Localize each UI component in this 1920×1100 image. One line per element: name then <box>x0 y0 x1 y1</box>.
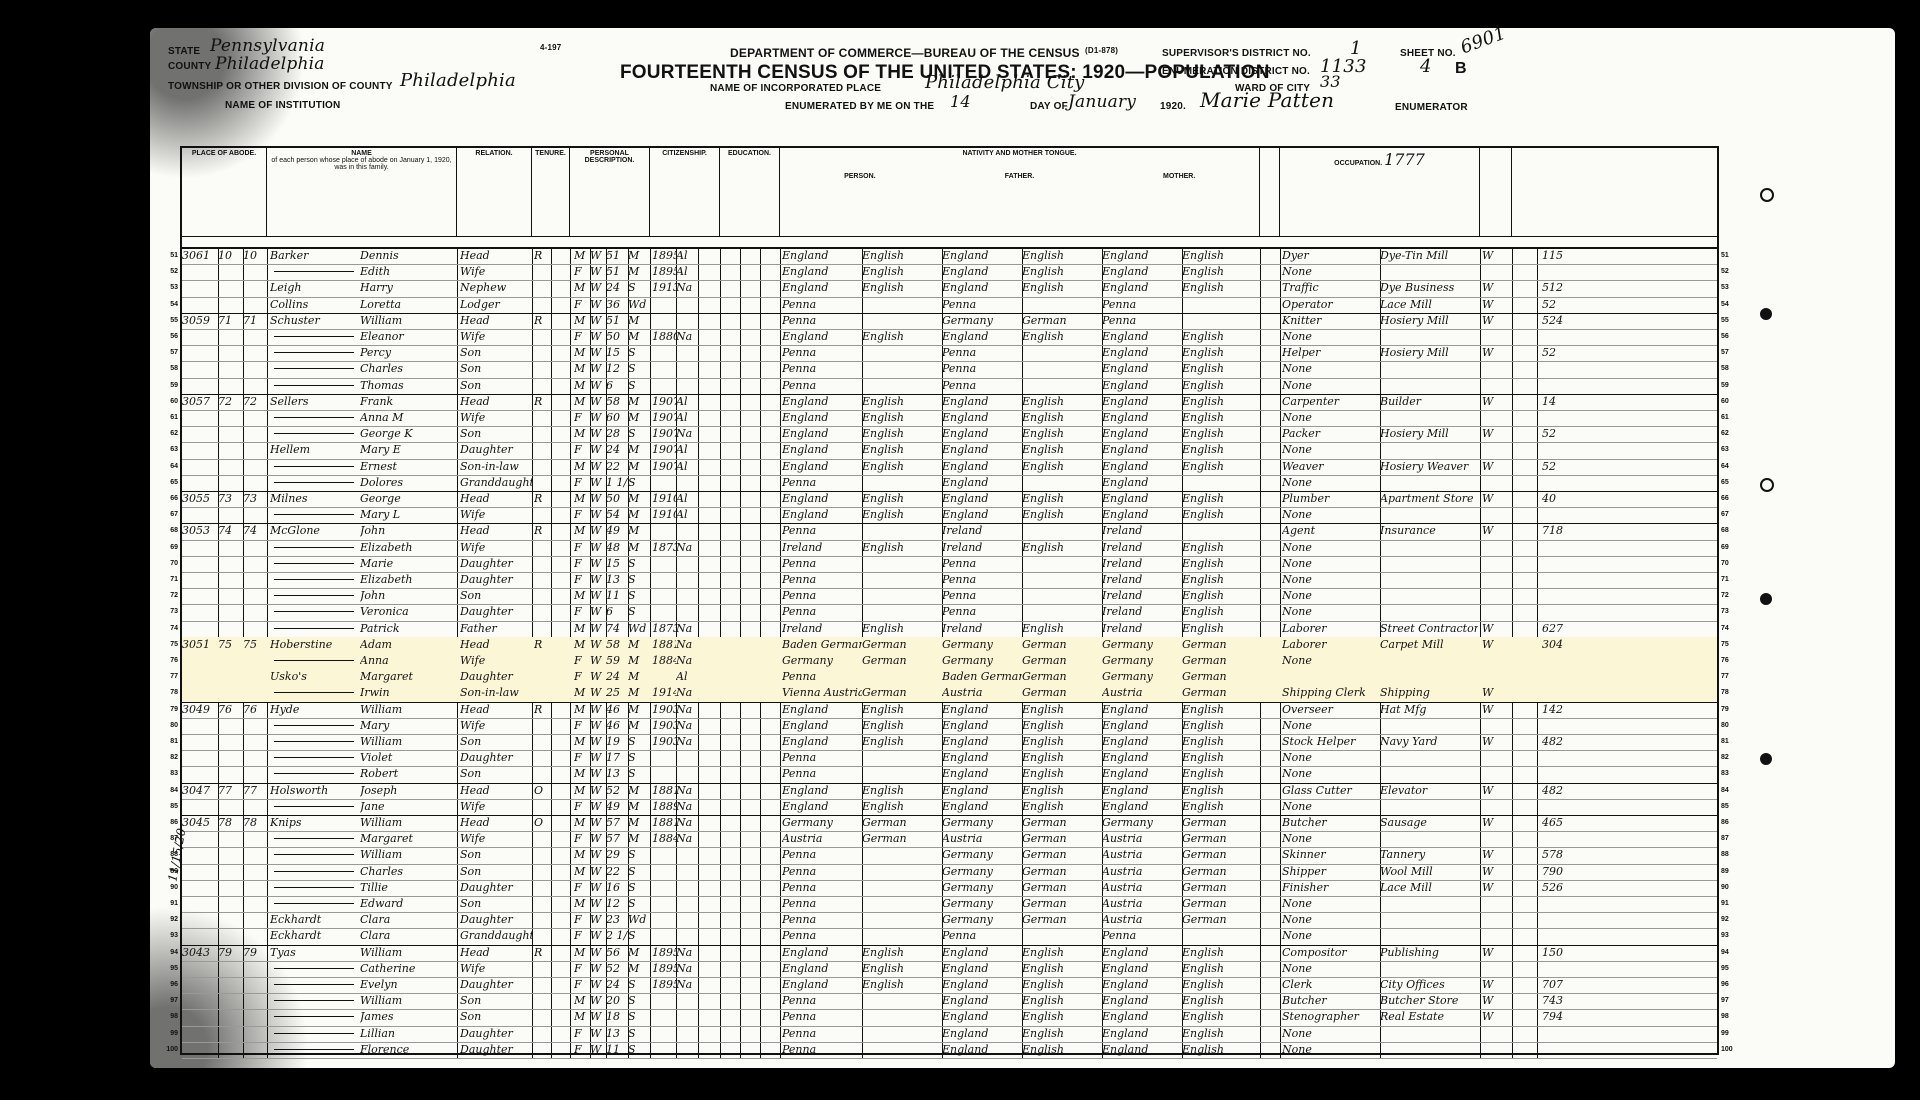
cell-rel: Head <box>460 945 532 961</box>
cell-mt: English <box>862 459 942 475</box>
cell-race: W <box>590 718 606 734</box>
cell-occ: Carpenter <box>1282 394 1377 410</box>
cell-mpob: Austria <box>1102 880 1182 896</box>
cell-nat <box>676 864 698 880</box>
cell-given: Dolores <box>360 475 457 491</box>
cell-fpob: England <box>942 750 1022 766</box>
cell-imm <box>652 523 676 539</box>
cell-fam <box>243 588 267 604</box>
ward-label: WARD OF CITY <box>1235 83 1310 94</box>
cell-mt: English <box>862 394 942 410</box>
cell-occ: None <box>1282 912 1377 928</box>
cell-cls: W <box>1482 945 1510 961</box>
cell-nat <box>676 604 698 620</box>
cell-fam <box>243 475 267 491</box>
cell-mmt: German <box>1182 864 1260 880</box>
cell-occ: Agent <box>1282 523 1377 539</box>
line-number-right: 72 <box>1721 588 1739 604</box>
line-number-right: 80 <box>1721 718 1739 734</box>
cell-ind <box>1380 329 1478 345</box>
county-value: Philadelphia <box>215 54 325 74</box>
line-number-right: 76 <box>1721 653 1739 669</box>
cell-sex: M <box>574 945 590 961</box>
cell-sex: M <box>574 734 590 750</box>
cell-race: W <box>590 864 606 880</box>
cell-surname: Hyde <box>270 702 360 718</box>
ditto-mark <box>274 368 354 370</box>
cell-age: 12 <box>606 896 628 912</box>
cell-rel: Wife <box>460 718 532 734</box>
cell-mpob: Ireland <box>1102 540 1182 556</box>
cell-mpob: Penna <box>1102 928 1182 944</box>
cell-nat <box>676 556 698 572</box>
cell-race: W <box>590 1026 606 1042</box>
col-education: EDUCATION. <box>720 148 780 236</box>
cell-mt <box>862 345 942 361</box>
cell-given: Irwin <box>360 685 457 701</box>
cell-ms: S <box>628 361 650 377</box>
cell-race: W <box>590 572 606 588</box>
cell-pob: England <box>782 718 862 734</box>
table-row: 80MaryWifeFW46M1903NaEnglandEnglishEngla… <box>182 718 1717 735</box>
cell-imm <box>652 993 676 1009</box>
cell-given: Mary <box>360 718 457 734</box>
table-row: 58CharlesSonMW12SPennaPennaEnglandEnglis… <box>182 361 1717 378</box>
cell-fam <box>243 280 267 296</box>
col-english <box>1260 148 1280 236</box>
cell-pob: Germany <box>782 815 862 831</box>
cell-ind: Hat Mfg <box>1380 702 1478 718</box>
cell-nat <box>676 928 698 944</box>
enumerated-month: January <box>1068 92 1136 112</box>
cell-dw <box>218 1042 243 1058</box>
cell-occ: Stenographer <box>1282 1009 1377 1025</box>
cell-own <box>534 280 552 296</box>
line-number-right: 73 <box>1721 604 1739 620</box>
cell-rel: Son <box>460 896 532 912</box>
cell-mpob: Ireland <box>1102 621 1182 637</box>
cell-occ: Laborer <box>1282 637 1377 653</box>
cell-age: 15 <box>606 345 628 361</box>
cell-own <box>534 1009 552 1025</box>
cell-ind: Lace Mill <box>1380 880 1478 896</box>
cell-surname: Tyas <box>270 945 360 961</box>
cell-fam <box>243 1042 267 1058</box>
line-number-right: 63 <box>1721 442 1739 458</box>
cell-mmt: English <box>1182 572 1260 588</box>
cell-pob: England <box>782 799 862 815</box>
cell-fam <box>243 847 267 863</box>
ditto-mark <box>274 271 354 273</box>
ditto-mark <box>274 806 354 808</box>
cell-dw: 77 <box>218 783 243 799</box>
cell-sex: F <box>574 264 590 280</box>
cell-mt: English <box>862 248 942 264</box>
cell-dw: 78 <box>218 815 243 831</box>
cell-occ: None <box>1282 572 1377 588</box>
cell-fmt: English <box>1022 977 1102 993</box>
cell-cls <box>1482 264 1510 280</box>
cell-imm: 1881 <box>652 783 676 799</box>
cell-own <box>534 750 552 766</box>
cell-age: 11 <box>606 588 628 604</box>
cell-age: 48 <box>606 540 628 556</box>
cell-dw <box>218 264 243 280</box>
cell-house <box>182 993 218 1009</box>
line-number: 98 <box>160 1009 178 1025</box>
cell-age: 6 <box>606 378 628 394</box>
cell-rel: Son <box>460 864 532 880</box>
cell-imm <box>652 896 676 912</box>
cell-mpob: England <box>1102 280 1182 296</box>
cell-code <box>1542 669 1582 685</box>
cell-dw <box>218 621 243 637</box>
cell-imm: 1895 <box>652 264 676 280</box>
cell-fpob: Penna <box>942 928 1022 944</box>
cell-ms: S <box>628 604 650 620</box>
cell-mmt: English <box>1182 264 1260 280</box>
table-row: 100FlorenceDaughterFW11SPennaEnglandEngl… <box>182 1042 1717 1059</box>
cell-mmt: English <box>1182 766 1260 782</box>
line-number: 57 <box>160 345 178 361</box>
cell-cls: W <box>1482 523 1510 539</box>
cell-cls: W <box>1482 880 1510 896</box>
cell-pob: Vienna Austria <box>782 685 862 701</box>
cell-pob: England <box>782 410 862 426</box>
cell-dw <box>218 1026 243 1042</box>
cell-race: W <box>590 637 606 653</box>
cell-own: R <box>534 637 552 653</box>
line-number-right: 54 <box>1721 297 1739 313</box>
cell-dw: 10 <box>218 248 243 264</box>
cell-rel: Granddaughter <box>460 928 532 944</box>
cell-code <box>1542 264 1582 280</box>
cell-mt: English <box>862 961 942 977</box>
cell-fam <box>243 912 267 928</box>
cell-fam <box>243 864 267 880</box>
cell-nat <box>676 912 698 928</box>
cell-race: W <box>590 1009 606 1025</box>
cell-given: Charles <box>360 361 457 377</box>
cell-code <box>1542 475 1582 491</box>
cell-race: W <box>590 750 606 766</box>
cell-house: 3059 <box>182 313 218 329</box>
cell-mpob: England <box>1102 361 1182 377</box>
cell-house <box>182 297 218 313</box>
cell-given: Percy <box>360 345 457 361</box>
line-number: 58 <box>160 361 178 377</box>
cell-cls: W <box>1482 637 1510 653</box>
cell-dw <box>218 653 243 669</box>
cell-cls: W <box>1482 394 1510 410</box>
cell-age: 49 <box>606 523 628 539</box>
cell-fam <box>243 685 267 701</box>
cell-fmt: German <box>1022 313 1102 329</box>
cell-own <box>534 734 552 750</box>
cell-dw <box>218 540 243 556</box>
cell-pob: England <box>782 702 862 718</box>
cell-ind: Hosiery Mill <box>1380 426 1478 442</box>
cell-cls <box>1482 766 1510 782</box>
cell-sex: F <box>574 604 590 620</box>
cell-cls <box>1482 361 1510 377</box>
cell-fpob: England <box>942 507 1022 523</box>
cell-fpob: Germany <box>942 896 1022 912</box>
ditto-mark <box>274 741 354 743</box>
cell-mt: English <box>862 702 942 718</box>
cell-ms: S <box>628 896 650 912</box>
cell-nat: Al <box>676 442 698 458</box>
table-row: 53LeighHarryNephewMW24S1913NaEnglandEngl… <box>182 280 1717 297</box>
cell-occ: None <box>1282 442 1377 458</box>
cell-imm <box>652 297 676 313</box>
cell-nat: Na <box>676 685 698 701</box>
cell-age: 51 <box>606 248 628 264</box>
cell-mmt: English <box>1182 378 1260 394</box>
line-number-right: 92 <box>1721 912 1739 928</box>
township-label: TOWNSHIP OR OTHER DIVISION OF COUNTY <box>168 81 393 92</box>
cell-rel: Head <box>460 248 532 264</box>
table-row: 82VioletDaughterFW17SPennaEnglandEnglish… <box>182 750 1717 767</box>
line-number-right: 57 <box>1721 345 1739 361</box>
cell-rel: Daughter <box>460 1026 532 1042</box>
cell-dw <box>218 297 243 313</box>
cell-ms: M <box>628 637 650 653</box>
cell-ind <box>1380 588 1478 604</box>
cell-code: 794 <box>1542 1009 1582 1025</box>
col-citizenship: CITIZENSHIP. <box>650 148 720 236</box>
cell-ms: M <box>628 410 650 426</box>
cell-code: 52 <box>1542 345 1582 361</box>
cell-rel: Son <box>460 847 532 863</box>
cell-nat: Na <box>676 799 698 815</box>
cell-sex: F <box>574 961 590 977</box>
cell-age: 49 <box>606 799 628 815</box>
cell-ms: M <box>628 394 650 410</box>
line-number-right: 69 <box>1721 540 1739 556</box>
table-row: 76AnnaWifeFW59M1884NaGermanyGermanGerman… <box>182 653 1717 670</box>
cell-ms: S <box>628 280 650 296</box>
line-number: 53 <box>160 280 178 296</box>
cell-house <box>182 540 218 556</box>
cell-imm: 1895 <box>652 945 676 961</box>
line-number: 93 <box>160 928 178 944</box>
department-title: DEPARTMENT OF COMMERCE—BUREAU OF THE CEN… <box>730 46 1080 60</box>
cell-fmt <box>1022 556 1102 572</box>
ditto-mark <box>274 838 354 840</box>
cell-ind <box>1380 475 1478 491</box>
ditto-mark <box>274 563 354 565</box>
cell-mt <box>862 766 942 782</box>
cell-nat <box>676 378 698 394</box>
table-row: 63HellemMary EDaughterFW24M1907AlEngland… <box>182 442 1717 459</box>
cell-ind: Carpet Mill <box>1380 637 1478 653</box>
cell-ms: Wd <box>628 912 650 928</box>
incorporated-label: NAME OF INCORPORATED PLACE <box>710 83 881 94</box>
cell-occ: Compositor <box>1282 945 1377 961</box>
table-row: 96EvelynDaughterFW24S1895NaEnglandEnglis… <box>182 977 1717 994</box>
cell-cls: W <box>1482 1009 1510 1025</box>
cell-code: 526 <box>1542 880 1582 896</box>
cell-dw <box>218 361 243 377</box>
cell-sex: M <box>574 685 590 701</box>
cell-given: James <box>360 1009 457 1025</box>
cell-house <box>182 442 218 458</box>
cell-mmt: English <box>1182 621 1260 637</box>
line-number-right: 67 <box>1721 507 1739 523</box>
cell-rel: Wife <box>460 653 532 669</box>
cell-house <box>182 864 218 880</box>
cell-own <box>534 669 552 685</box>
cell-occ: Traffic <box>1282 280 1377 296</box>
cell-rel: Head <box>460 491 532 507</box>
cell-rel: Son-in-law <box>460 685 532 701</box>
cell-sex: F <box>574 442 590 458</box>
cell-dw <box>218 588 243 604</box>
cell-mmt: English <box>1182 961 1260 977</box>
cell-sex: M <box>574 815 590 831</box>
cell-dw <box>218 345 243 361</box>
cell-age: 16 <box>606 880 628 896</box>
cell-pob: Penna <box>782 750 862 766</box>
cell-rel: Head <box>460 783 532 799</box>
cell-own <box>534 572 552 588</box>
cell-code: 150 <box>1542 945 1582 961</box>
cell-race: W <box>590 831 606 847</box>
cell-nat <box>676 361 698 377</box>
cell-mpob: Ireland <box>1102 572 1182 588</box>
cell-fmt: German <box>1022 831 1102 847</box>
cell-ms: M <box>628 540 650 556</box>
cell-dw <box>218 604 243 620</box>
cell-surname: Leigh <box>270 280 360 296</box>
line-number: 76 <box>160 653 178 669</box>
cell-own <box>534 475 552 491</box>
line-number-right: 56 <box>1721 329 1739 345</box>
cell-fam <box>243 540 267 556</box>
cell-fpob: England <box>942 961 1022 977</box>
cell-fpob: Penna <box>942 572 1022 588</box>
cell-mpob: England <box>1102 442 1182 458</box>
cell-nat <box>676 750 698 766</box>
cell-pob: England <box>782 442 862 458</box>
col-class <box>1480 148 1512 236</box>
cell-fam <box>243 750 267 766</box>
cell-fmt: English <box>1022 993 1102 1009</box>
cell-age: 58 <box>606 637 628 653</box>
cell-mmt: German <box>1182 831 1260 847</box>
cell-occ: None <box>1282 604 1377 620</box>
cell-occ: None <box>1282 507 1377 523</box>
ditto-mark <box>274 1033 354 1035</box>
cell-race: W <box>590 329 606 345</box>
cell-own: O <box>534 815 552 831</box>
cell-race: W <box>590 394 606 410</box>
cell-age: 46 <box>606 702 628 718</box>
cell-age: 74 <box>606 621 628 637</box>
cell-mmt: English <box>1182 556 1260 572</box>
cell-race: W <box>590 734 606 750</box>
cell-cls <box>1482 1042 1510 1058</box>
cell-fam <box>243 669 267 685</box>
cell-age: 57 <box>606 815 628 831</box>
cell-fmt: English <box>1022 799 1102 815</box>
cell-race: W <box>590 426 606 442</box>
cell-ind <box>1380 912 1478 928</box>
cell-house: 3055 <box>182 491 218 507</box>
ditto-mark <box>274 514 354 516</box>
line-number: 85 <box>160 799 178 815</box>
cell-fmt: English <box>1022 1009 1102 1025</box>
cell-ind <box>1380 750 1478 766</box>
cell-sex: F <box>574 912 590 928</box>
cell-own <box>534 345 552 361</box>
cell-nat <box>676 313 698 329</box>
cell-occ: Weaver <box>1282 459 1377 475</box>
cell-pob: Penna <box>782 669 862 685</box>
table-row: 69ElizabethWifeFW48M1873NaIrelandEnglish… <box>182 540 1717 557</box>
cell-ind <box>1380 507 1478 523</box>
cell-race: W <box>590 993 606 1009</box>
cell-fam <box>243 264 267 280</box>
cell-house: 3057 <box>182 394 218 410</box>
cell-age: 59 <box>606 653 628 669</box>
cell-nat: Na <box>676 831 698 847</box>
cell-cls <box>1482 669 1510 685</box>
line-number-right: 97 <box>1721 993 1739 1009</box>
cell-dw <box>218 799 243 815</box>
cell-house <box>182 280 218 296</box>
cell-given: Catherine <box>360 961 457 977</box>
cell-fam: 79 <box>243 945 267 961</box>
cell-cls: W <box>1482 685 1510 701</box>
cell-house <box>182 653 218 669</box>
cell-fpob: Germany <box>942 653 1022 669</box>
cell-fmt: English <box>1022 621 1102 637</box>
cell-rel: Head <box>460 815 532 831</box>
cell-cls: W <box>1482 864 1510 880</box>
cell-house <box>182 475 218 491</box>
cell-mt <box>862 1026 942 1042</box>
cell-mpob: England <box>1102 264 1182 280</box>
cell-cls <box>1482 378 1510 394</box>
cell-rel: Wife <box>460 410 532 426</box>
cell-ms: S <box>628 734 650 750</box>
cell-fpob: England <box>942 799 1022 815</box>
cell-mpob: Ireland <box>1102 588 1182 604</box>
cell-dw <box>218 572 243 588</box>
cell-age: 19 <box>606 734 628 750</box>
cell-fmt <box>1022 345 1102 361</box>
cell-given: William <box>360 702 457 718</box>
cell-occ: Overseer <box>1282 702 1377 718</box>
ditto-mark <box>274 1016 354 1018</box>
cell-imm: 1873 <box>652 540 676 556</box>
cell-race: W <box>590 556 606 572</box>
cell-occ: None <box>1282 361 1377 377</box>
cell-mt: English <box>862 540 942 556</box>
table-row: 89CharlesSonMW22SPennaGermanyGermanAustr… <box>182 864 1717 881</box>
cell-given: John <box>360 523 457 539</box>
line-number: 75 <box>160 637 178 653</box>
cell-rel: Daughter <box>460 977 532 993</box>
cell-pob: England <box>782 394 862 410</box>
cell-fam <box>243 1009 267 1025</box>
cell-fam: 74 <box>243 523 267 539</box>
cell-rel: Wife <box>460 831 532 847</box>
cell-fpob: England <box>942 718 1022 734</box>
cell-sex: F <box>574 750 590 766</box>
